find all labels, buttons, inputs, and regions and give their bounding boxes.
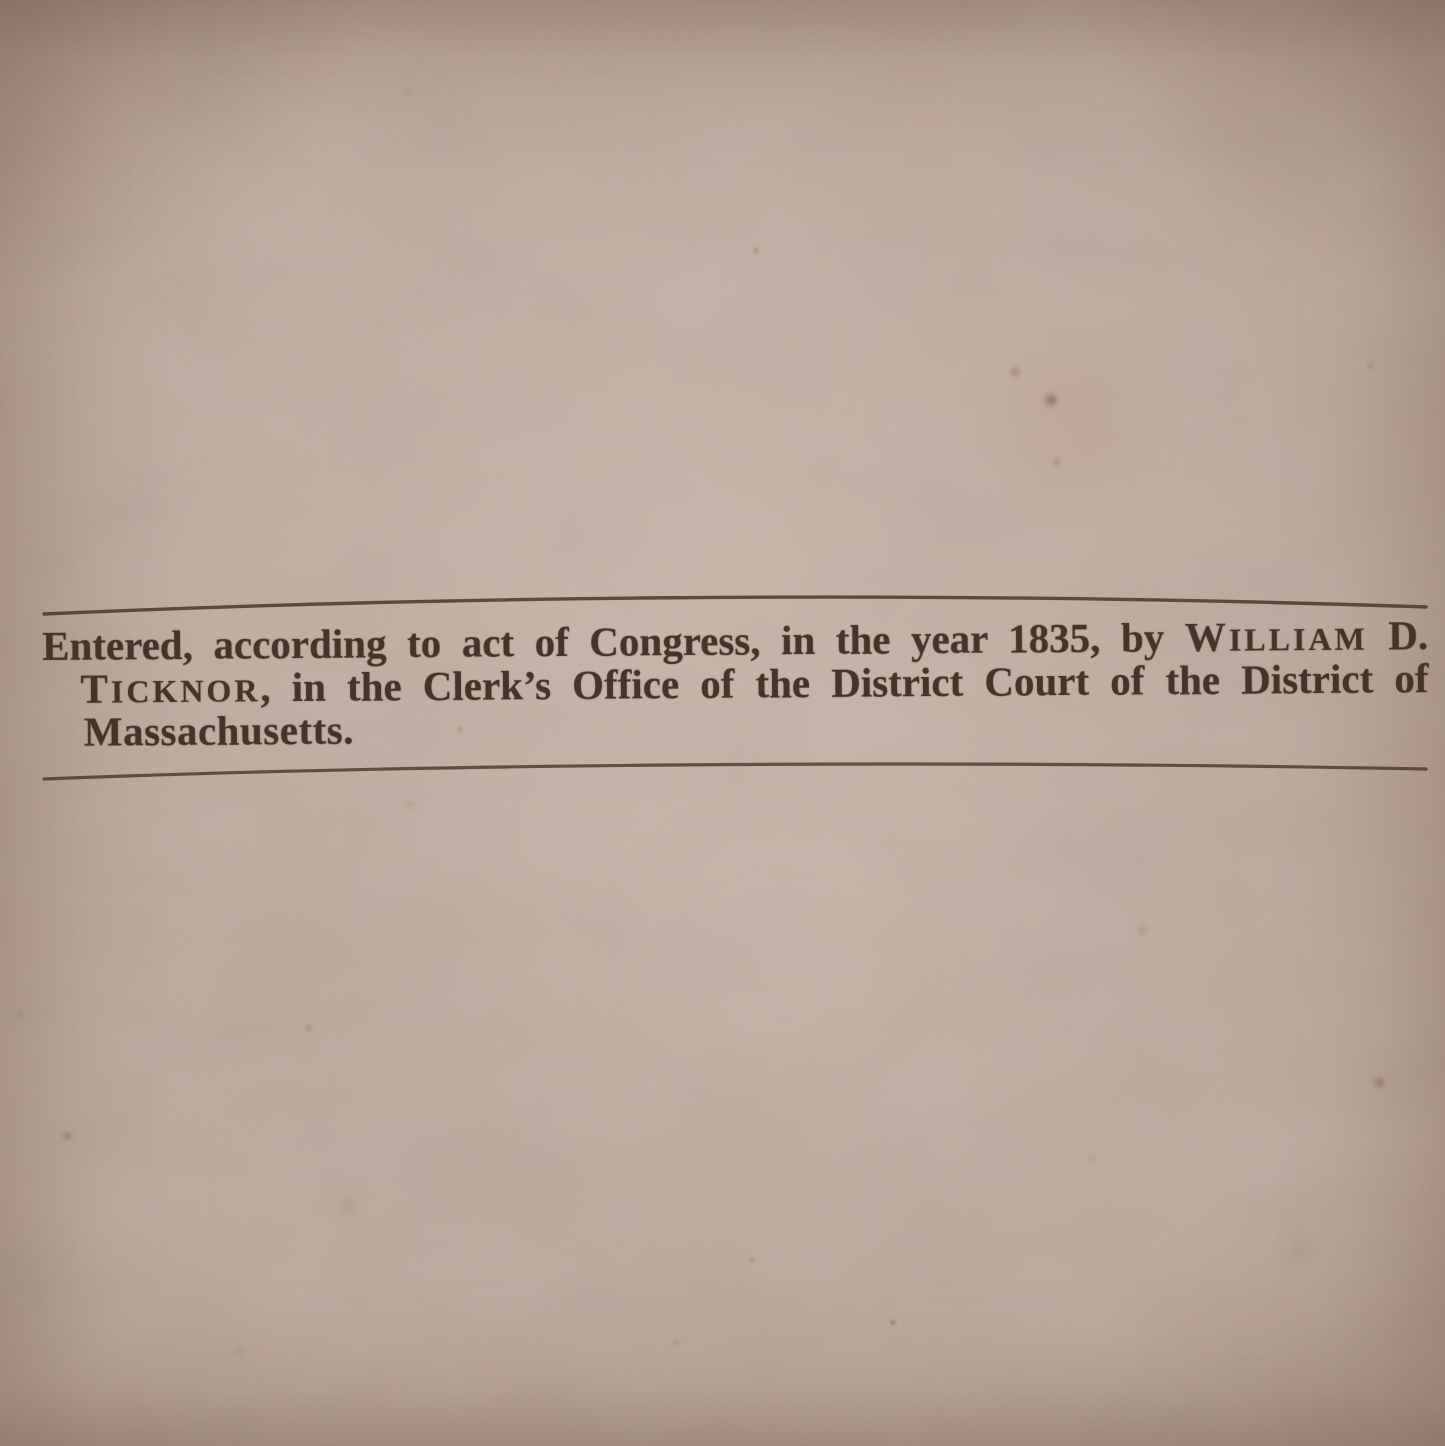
foxing-spot [889, 1319, 897, 1326]
notice-line-2-text: , in the Clerk’s Office of the District … [260, 655, 1428, 710]
horizontal-rule-top [44, 597, 1426, 614]
author-middle-initial: D. [1368, 612, 1429, 658]
paper-stain [1150, 60, 1390, 260]
foxing-spot [672, 1339, 681, 1347]
paper-stain [560, 820, 980, 1080]
foxing-spot [16, 1010, 25, 1018]
foxing-spot [748, 1256, 756, 1263]
foxing-spot [752, 247, 760, 254]
foxing-spot [1372, 1076, 1387, 1089]
foxing-spot [336, 1196, 360, 1216]
foxing-spot [1052, 458, 1061, 466]
author-last-name-smallcaps: ICKNOR [111, 672, 261, 709]
foxing-spot [1136, 925, 1148, 935]
horizontal-rule-bottom [44, 764, 1426, 779]
notice-line-3: Massachusetts. [43, 701, 1429, 752]
foxing-spot [404, 88, 412, 95]
foxing-spot [1282, 1238, 1316, 1266]
foxing-spot [1366, 362, 1375, 370]
copyright-notice: Entered, according to act of Congress, i… [42, 615, 1429, 752]
author-first-name-smallcaps: ILLIAM [1229, 621, 1368, 658]
author-first-name-initial: W [1185, 614, 1229, 660]
book-page-photo: Entered, according to act of Congress, i… [0, 0, 1445, 1446]
author-last-name-initial: T [80, 665, 111, 711]
foxing-spot [304, 1024, 313, 1032]
paper-stain [120, 60, 500, 340]
foxing-spot [1087, 1155, 1097, 1164]
foxing-spot [1008, 366, 1022, 378]
paper-stain [960, 330, 1180, 510]
foxing-spot [1042, 392, 1060, 408]
foxing-spot [234, 1346, 244, 1355]
foxing-spot [62, 1131, 73, 1141]
foxing-spot [404, 800, 416, 810]
